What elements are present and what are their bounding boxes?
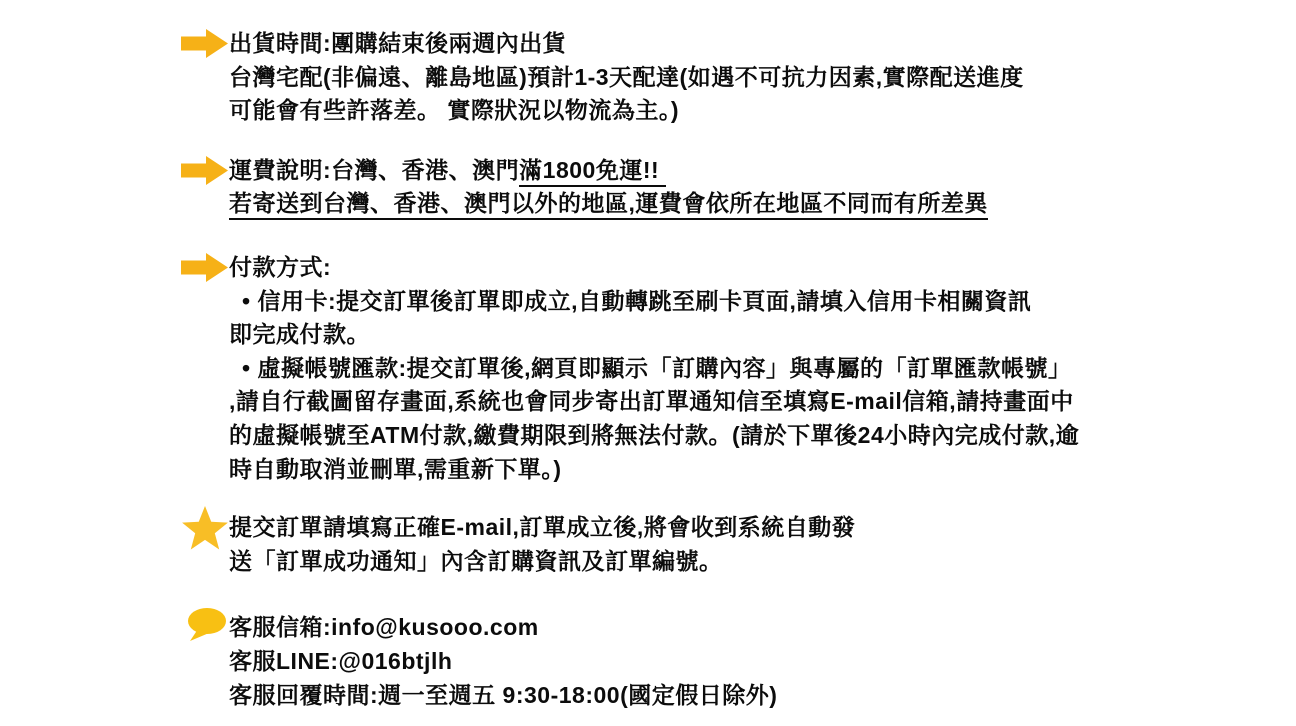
email-notice-line-2: 送「訂單成功通知」內含訂購資訊及訂單編號。 (229, 545, 1256, 579)
shipping-line-2: 台灣宅配(非偏遠、離島地區)預計1-3天配達(如遇不可抗力因素,實際配送進度 (229, 61, 1256, 95)
fee-line-1: 運費說明:台灣、香港、澳門滿1800免運!! (229, 154, 1256, 188)
support-hours-line: 客服回覆時間:週一至週五 9:30-18:00(國定假日除外) (229, 679, 1256, 713)
email-notice-line-1: 提交訂單請填寫正確E-mail,訂單成立後,將會收到系統自動發 (229, 511, 1256, 545)
fee-line-2: 若寄送到台灣、香港、澳門以外的地區,運費會依所在地區不同而有所差異 (229, 187, 1256, 221)
support-line-id-line: 客服LINE:@016btjlh (229, 645, 1256, 679)
arrow-right-icon (181, 253, 228, 292)
email-notice-section: 提交訂單請填寫正確E-mail,訂單成立後,將會收到系統自動發 送「訂單成功通知… (181, 511, 1256, 578)
payment-virtual-line-1: • 虛擬帳號匯款:提交訂單後,網頁即顯示「訂購內容」與專屬的「訂單匯款帳號」 (229, 352, 1256, 386)
shop-info-page: 出貨時間:團購結束後兩週內出貨 台灣宅配(非偏遠、離島地區)預計1-3天配達(如… (0, 0, 1296, 726)
fee-free-shipping-underline: 滿1800免運!! (519, 157, 666, 187)
star-icon (182, 506, 228, 560)
shipping-fee-section: 運費說明:台灣、香港、澳門滿1800免運!! 若寄送到台灣、香港、澳門以外的地區… (181, 154, 1256, 221)
shipping-time-section: 出貨時間:團購結束後兩週內出貨 台灣宅配(非偏遠、離島地區)預計1-3天配達(如… (181, 27, 1256, 128)
shipping-line-3: 可能會有些許落差。 實際狀況以物流為主。) (229, 94, 1256, 128)
payment-credit-line-1: • 信用卡:提交訂單後訂單即成立,自動轉跳至刷卡頁面,請填入信用卡相關資訊 (229, 285, 1256, 319)
support-email-line: 客服信箱:info@kusooo.com (229, 611, 1256, 645)
arrow-right-icon (181, 29, 228, 68)
fee-line-1-prefix: 運費說明:台灣、香港、澳門 (229, 157, 519, 183)
payment-methods-section: 付款方式: • 信用卡:提交訂單後訂單即成立,自動轉跳至刷卡頁面,請填入信用卡相… (181, 251, 1256, 486)
shipping-line-1: 出貨時間:團購結束後兩週內出貨 (229, 27, 1256, 61)
speech-bubble-icon (186, 608, 226, 653)
fee-line-2-underline: 若寄送到台灣、香港、澳門以外的地區,運費會依所在地區不同而有所差異 (229, 190, 988, 220)
payment-virtual-line-4: 時自動取消並刪單,需重新下單。) (229, 453, 1256, 487)
payment-virtual-line-3: 的虛擬帳號至ATM付款,繳費期限到將無法付款。(請於下單後24小時內完成付款,逾 (229, 419, 1256, 453)
arrow-right-icon (181, 156, 228, 195)
customer-support-section: 客服信箱:info@kusooo.com 客服LINE:@016btjlh 客服… (181, 611, 1256, 712)
payment-credit-line-2: 即完成付款。 (229, 318, 1256, 352)
payment-heading: 付款方式: (229, 251, 1256, 285)
payment-virtual-line-2: ,請自行截圖留存畫面,系統也會同步寄出訂單通知信至填寫E-mail信箱,請持畫面… (229, 385, 1256, 419)
